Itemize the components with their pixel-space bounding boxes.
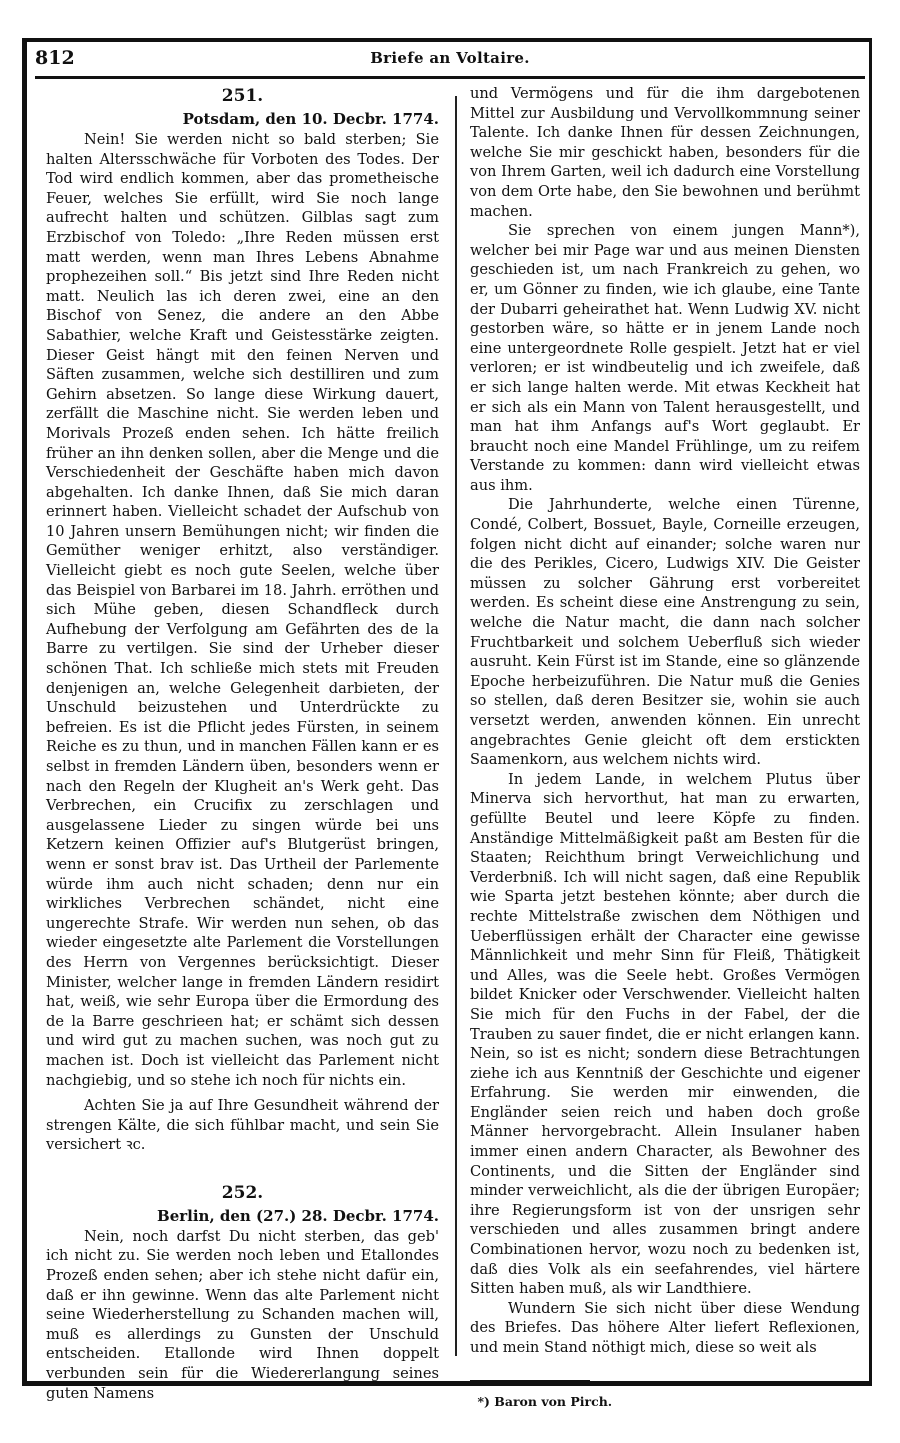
letter-251-paragraph-1: Nein! Sie werden nicht so bald sterben; …: [46, 130, 439, 1090]
column-divider: [455, 96, 457, 1356]
letter-dateline-252: Berlin, den (27.) 28. Decbr. 1774.: [46, 1205, 439, 1227]
running-title: Briefe an Voltaire.: [35, 49, 865, 67]
header-rule: [35, 76, 865, 79]
letter-dateline-251: Potsdam, den 10. Decbr. 1774.: [46, 108, 439, 130]
left-column: 251. Potsdam, den 10. Decbr. 1774. Nein!…: [46, 84, 439, 1403]
letter-number-252: 252.: [46, 1181, 439, 1205]
letter-252-continuation-3: Die Jahrhunderte, welche einen Türenne, …: [470, 495, 860, 769]
letter-252-continuation-4: In jedem Lande, in welchem Plutus über M…: [470, 770, 860, 1299]
letter-number-251: 251.: [46, 84, 439, 108]
footnote: *) Baron von Pirch.: [470, 1392, 860, 1412]
letter-251-paragraph-2: Achten Sie ja auf Ihre Gesundheit währen…: [46, 1096, 439, 1155]
footnote-rule: [470, 1380, 590, 1382]
letter-252-continuation-5: Wundern Sie sich nicht über diese Wendun…: [470, 1299, 860, 1358]
letter-252-paragraph-1: Nein, noch darfst Du nicht sterben, das …: [46, 1227, 439, 1403]
letter-252-continuation-1: und Vermögens und für die ihm dargeboten…: [470, 84, 860, 221]
letter-252-continuation-2: Sie sprechen von einem jungen Mann*), we…: [470, 221, 860, 495]
right-column: und Vermögens und für die ihm dargeboten…: [470, 84, 860, 1411]
page-header: 812 Briefe an Voltaire.: [35, 44, 865, 74]
